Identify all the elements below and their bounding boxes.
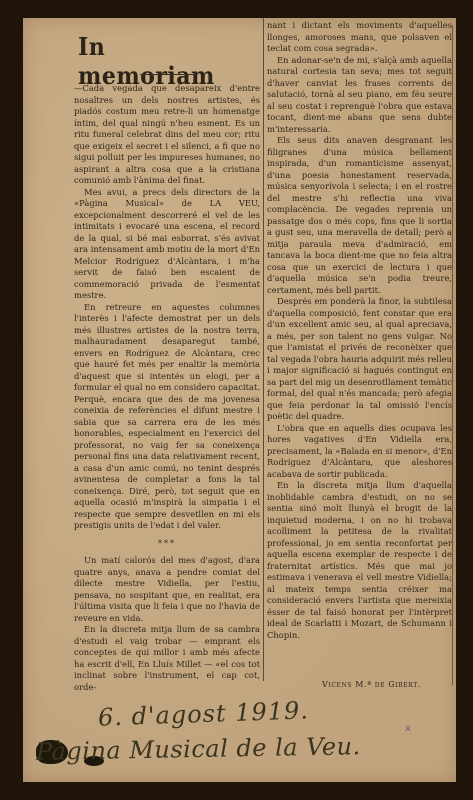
title-rule: [140, 74, 196, 75]
paragraph: L'obra que en aquells dies ocupava les h…: [267, 423, 452, 481]
section-separator: ***: [74, 538, 260, 550]
paragraph: En la discreta mitja llum de sa cambra d…: [74, 624, 260, 693]
paragraph: En retreure en aquestes columnes l'inter…: [74, 302, 260, 532]
right-column: nant i dictant els moviments d'aquelles …: [267, 20, 452, 641]
article-title: In memoriam: [78, 32, 244, 90]
author-signature: Vicens M.ª de Gibert.: [322, 680, 442, 689]
right-border-rule: [452, 25, 453, 685]
paragraph: Després em ponderà la finor, la subtiles…: [267, 296, 452, 423]
paragraph: Els seus dits anaven desgranant les fili…: [267, 135, 452, 296]
paragraph: En adonar-se'n de mi, s'alçà amb aquella…: [267, 55, 452, 136]
column-divider: [263, 18, 264, 681]
paragraph: Mes avui, a precs dels directors de la «…: [74, 187, 260, 302]
paragraph: En la discreta mitja llum d'aquella inob…: [267, 480, 452, 641]
left-column: —Cada vegada que desapareix d'entre nosa…: [74, 83, 260, 693]
paragraph: Un matí calorós del mes d'agost, d'ara q…: [74, 555, 260, 624]
handwritten-source: Pàgina Musical de la Veu.: [36, 732, 361, 766]
paragraph: —Cada vegada que desapareix d'entre nosa…: [74, 83, 260, 187]
paragraph: nant i dictant els moviments d'aquelles …: [267, 20, 452, 55]
pencil-x-mark: x: [405, 723, 411, 734]
